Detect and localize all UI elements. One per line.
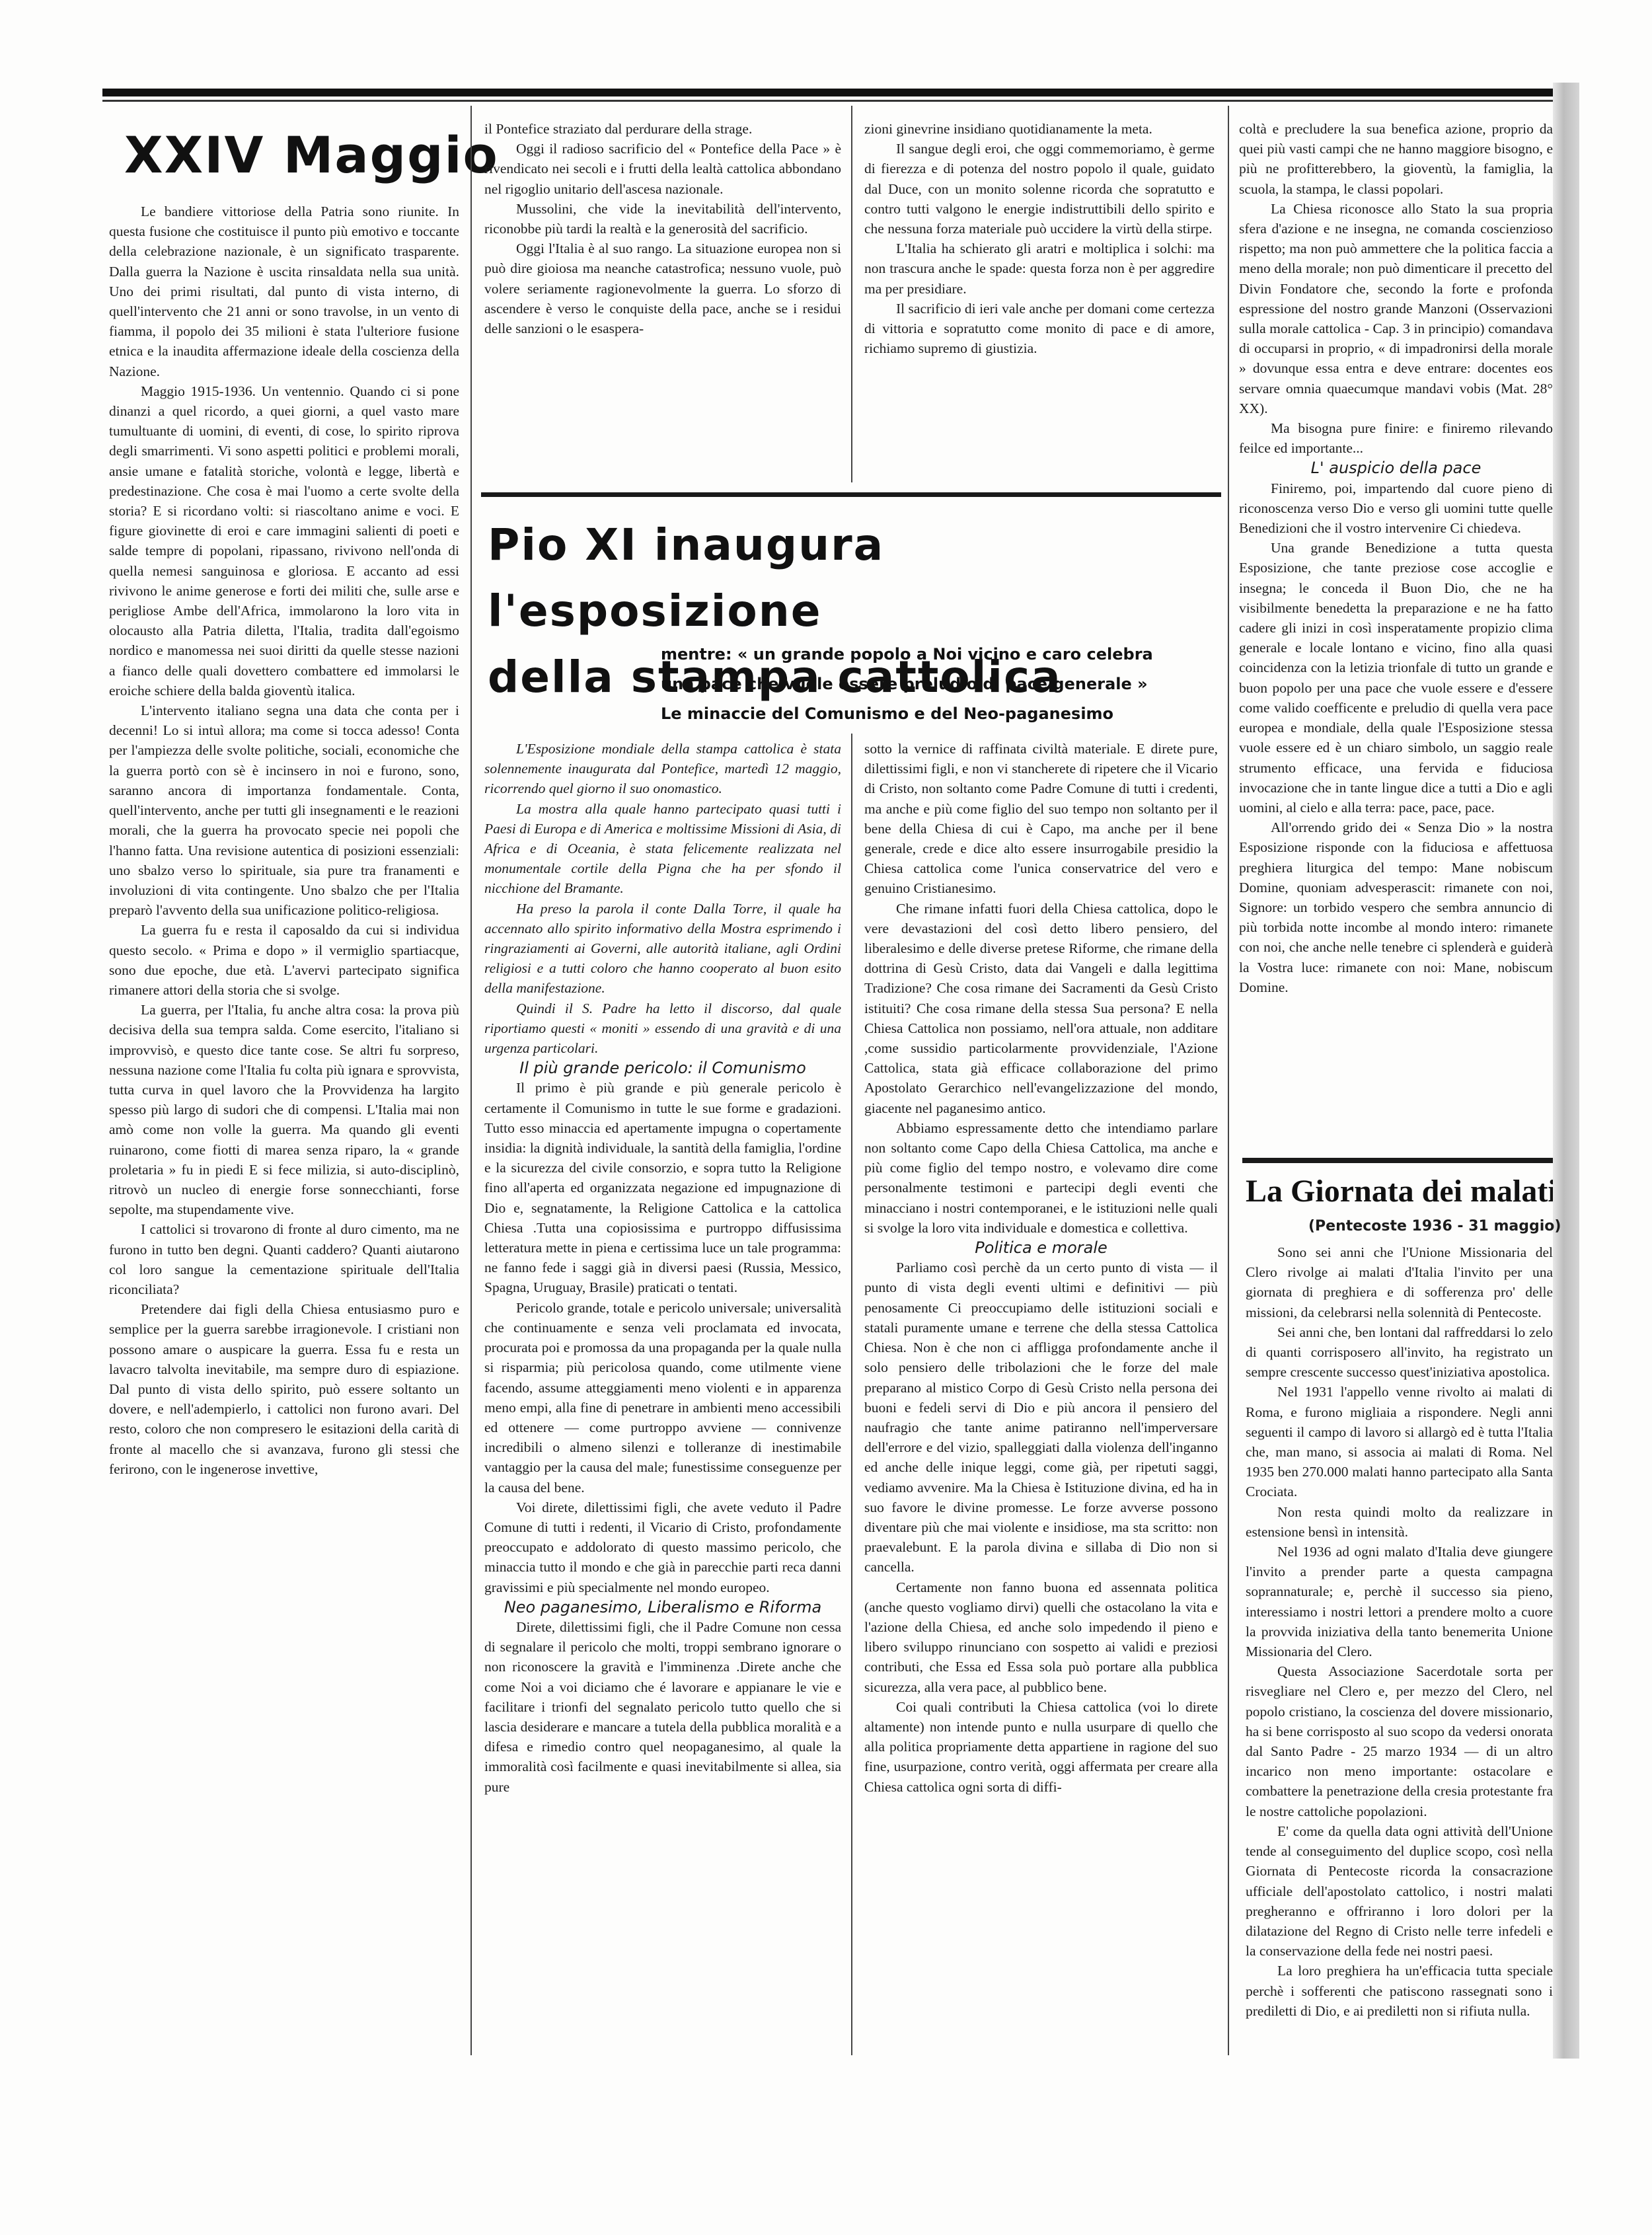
paragraph: Mussolini, che vide la inevitabilità del… — [484, 199, 841, 239]
paragraph: Il sacrificio di ieri vale anche per dom… — [864, 299, 1215, 359]
paragraph: Ma bisogna pure finire: e finiremo rilev… — [1239, 418, 1553, 458]
section-rule — [1242, 1158, 1553, 1163]
paragraph: Una grande Benedizione a tutta questa Es… — [1239, 538, 1553, 817]
column-divider — [851, 106, 852, 482]
paragraph: L'intervento italiano segna una data che… — [109, 701, 459, 920]
top-rule — [102, 89, 1553, 96]
paragraph: La loro preghiera ha un'efficacia tutta … — [1246, 1961, 1553, 2021]
intro-paragraph: Quindi il S. Padre ha letto il discorso,… — [484, 999, 841, 1059]
article-title-giornata-malati: La Giornata dei malati — [1246, 1173, 1553, 1209]
paragraph: Nel 1936 ad ogni malato d'Italia deve gi… — [1246, 1542, 1553, 1661]
paragraph: Oggi il radioso sacrificio del « Pontefi… — [484, 139, 841, 199]
top-rule-thin — [102, 100, 1553, 102]
paragraph: Sei anni che, ben lontani dal raffreddar… — [1246, 1322, 1553, 1383]
paragraph: Pericolo grande, totale e pericolo unive… — [484, 1298, 841, 1497]
paragraph: Questa Associazione Sacerdotale sorta pe… — [1246, 1661, 1553, 1821]
column-2-bottom: L'Esposizione mondiale della stampa catt… — [484, 739, 841, 1797]
paragraph: Sono sei anni che l'Unione Missionaria d… — [1246, 1242, 1553, 1322]
paragraph: Oggi l'Italia è al suo rango. La situazi… — [484, 239, 841, 338]
scan-page-edge — [1553, 83, 1579, 2059]
paragraph: La guerra, per l'Italia, fu anche altra … — [109, 1000, 459, 1219]
paragraph: Le bandiere vittoriose della Patria sono… — [109, 202, 459, 381]
article-title-xxiv-maggio: XXIV Maggio — [124, 126, 499, 184]
paragraph: Pretendere dai figli della Chiesa entusi… — [109, 1299, 459, 1479]
subheading: Il più grande pericolo: il Comunismo — [484, 1058, 841, 1078]
paragraph: All'orrendo grido dei « Senza Dio » la n… — [1239, 817, 1553, 997]
paragraph: Coi quali contributi la Chiesa cattolica… — [864, 1697, 1218, 1797]
paragraph: Certamente non fanno buona ed assennata … — [864, 1577, 1218, 1697]
subheading: L' auspicio della pace — [1239, 458, 1553, 478]
paragraph: Maggio 1915-1936. Un ventennio. Quando c… — [109, 381, 459, 701]
paragraph: zioni ginevrine insidiano quotidianament… — [864, 119, 1215, 139]
article-subtitle: (Pentecoste 1936 - 31 maggio) — [1308, 1218, 1561, 1234]
paragraph: E' come da quella data ogni attività del… — [1246, 1821, 1553, 1961]
newspaper-page: XXIV Maggio Le bandiere vittoriose della… — [0, 0, 1652, 2235]
paragraph: Che rimane infatti fuori della Chiesa ca… — [864, 899, 1218, 1118]
intro-paragraph: Ha preso la parola il conte Dalla Torre,… — [484, 899, 841, 999]
column-3-bottom: sotto la vernice di raffinata civiltà ma… — [864, 739, 1218, 1797]
subheading: Politica e morale — [864, 1238, 1218, 1258]
paragraph: La guerra fu e resta il caposaldo da cui… — [109, 920, 459, 1000]
paragraph: Il sangue degli eroi, che oggi commemori… — [864, 139, 1215, 239]
column-4-top: coltà e precludere la sua benefica azion… — [1239, 119, 1553, 1150]
column-divider — [1228, 106, 1229, 2055]
paragraph: sotto la vernice di raffinata civiltà ma… — [864, 739, 1218, 899]
column-1: Le bandiere vittoriose della Patria sono… — [109, 202, 459, 1479]
subheading: Neo paganesimo, Liberalismo e Riforma — [484, 1597, 841, 1617]
paragraph: Voi direte, dilettissimi figli, che avet… — [484, 1497, 841, 1597]
column-4-bottom: Sono sei anni che l'Unione Missionaria d… — [1246, 1242, 1553, 2062]
article-deck: mentre: « un grande popolo a Noi vicino … — [661, 640, 1219, 729]
paragraph: coltà e precludere la sua benefica azion… — [1239, 119, 1553, 199]
paragraph: L'Italia ha schierato gli aratri e molti… — [864, 239, 1215, 299]
paragraph: Nel 1931 l'appello venne rivolto ai mala… — [1246, 1382, 1553, 1501]
paragraph: Parliamo così perchè da un certo punto d… — [864, 1258, 1218, 1577]
paragraph: Il primo è più grande e più generale per… — [484, 1078, 841, 1297]
paragraph: Abbiamo espressamente detto che intendia… — [864, 1118, 1218, 1238]
paragraph: La Chiesa riconosce allo Stato la sua pr… — [1239, 199, 1553, 418]
intro-paragraph: La mostra alla quale hanno partecipato q… — [484, 799, 841, 899]
paragraph: il Pontefice straziato dal perdurare del… — [484, 119, 841, 139]
paragraph: Direte, dilettissimi figli, che il Padre… — [484, 1617, 841, 1797]
paragraph: I cattolici si trovarono di fronte al du… — [109, 1219, 459, 1299]
column-divider — [851, 734, 852, 2055]
section-rule — [481, 492, 1221, 497]
column-divider — [470, 106, 472, 2055]
intro-paragraph: L'Esposizione mondiale della stampa catt… — [484, 739, 841, 799]
paragraph: Finiremo, poi, impartendo dal cuore pien… — [1239, 478, 1553, 539]
column-3-top: zioni ginevrine insidiano quotidianament… — [864, 119, 1215, 358]
paragraph: Non resta quindi molto da realizzare in … — [1246, 1502, 1553, 1542]
column-2-top: il Pontefice straziato dal perdurare del… — [484, 119, 841, 338]
